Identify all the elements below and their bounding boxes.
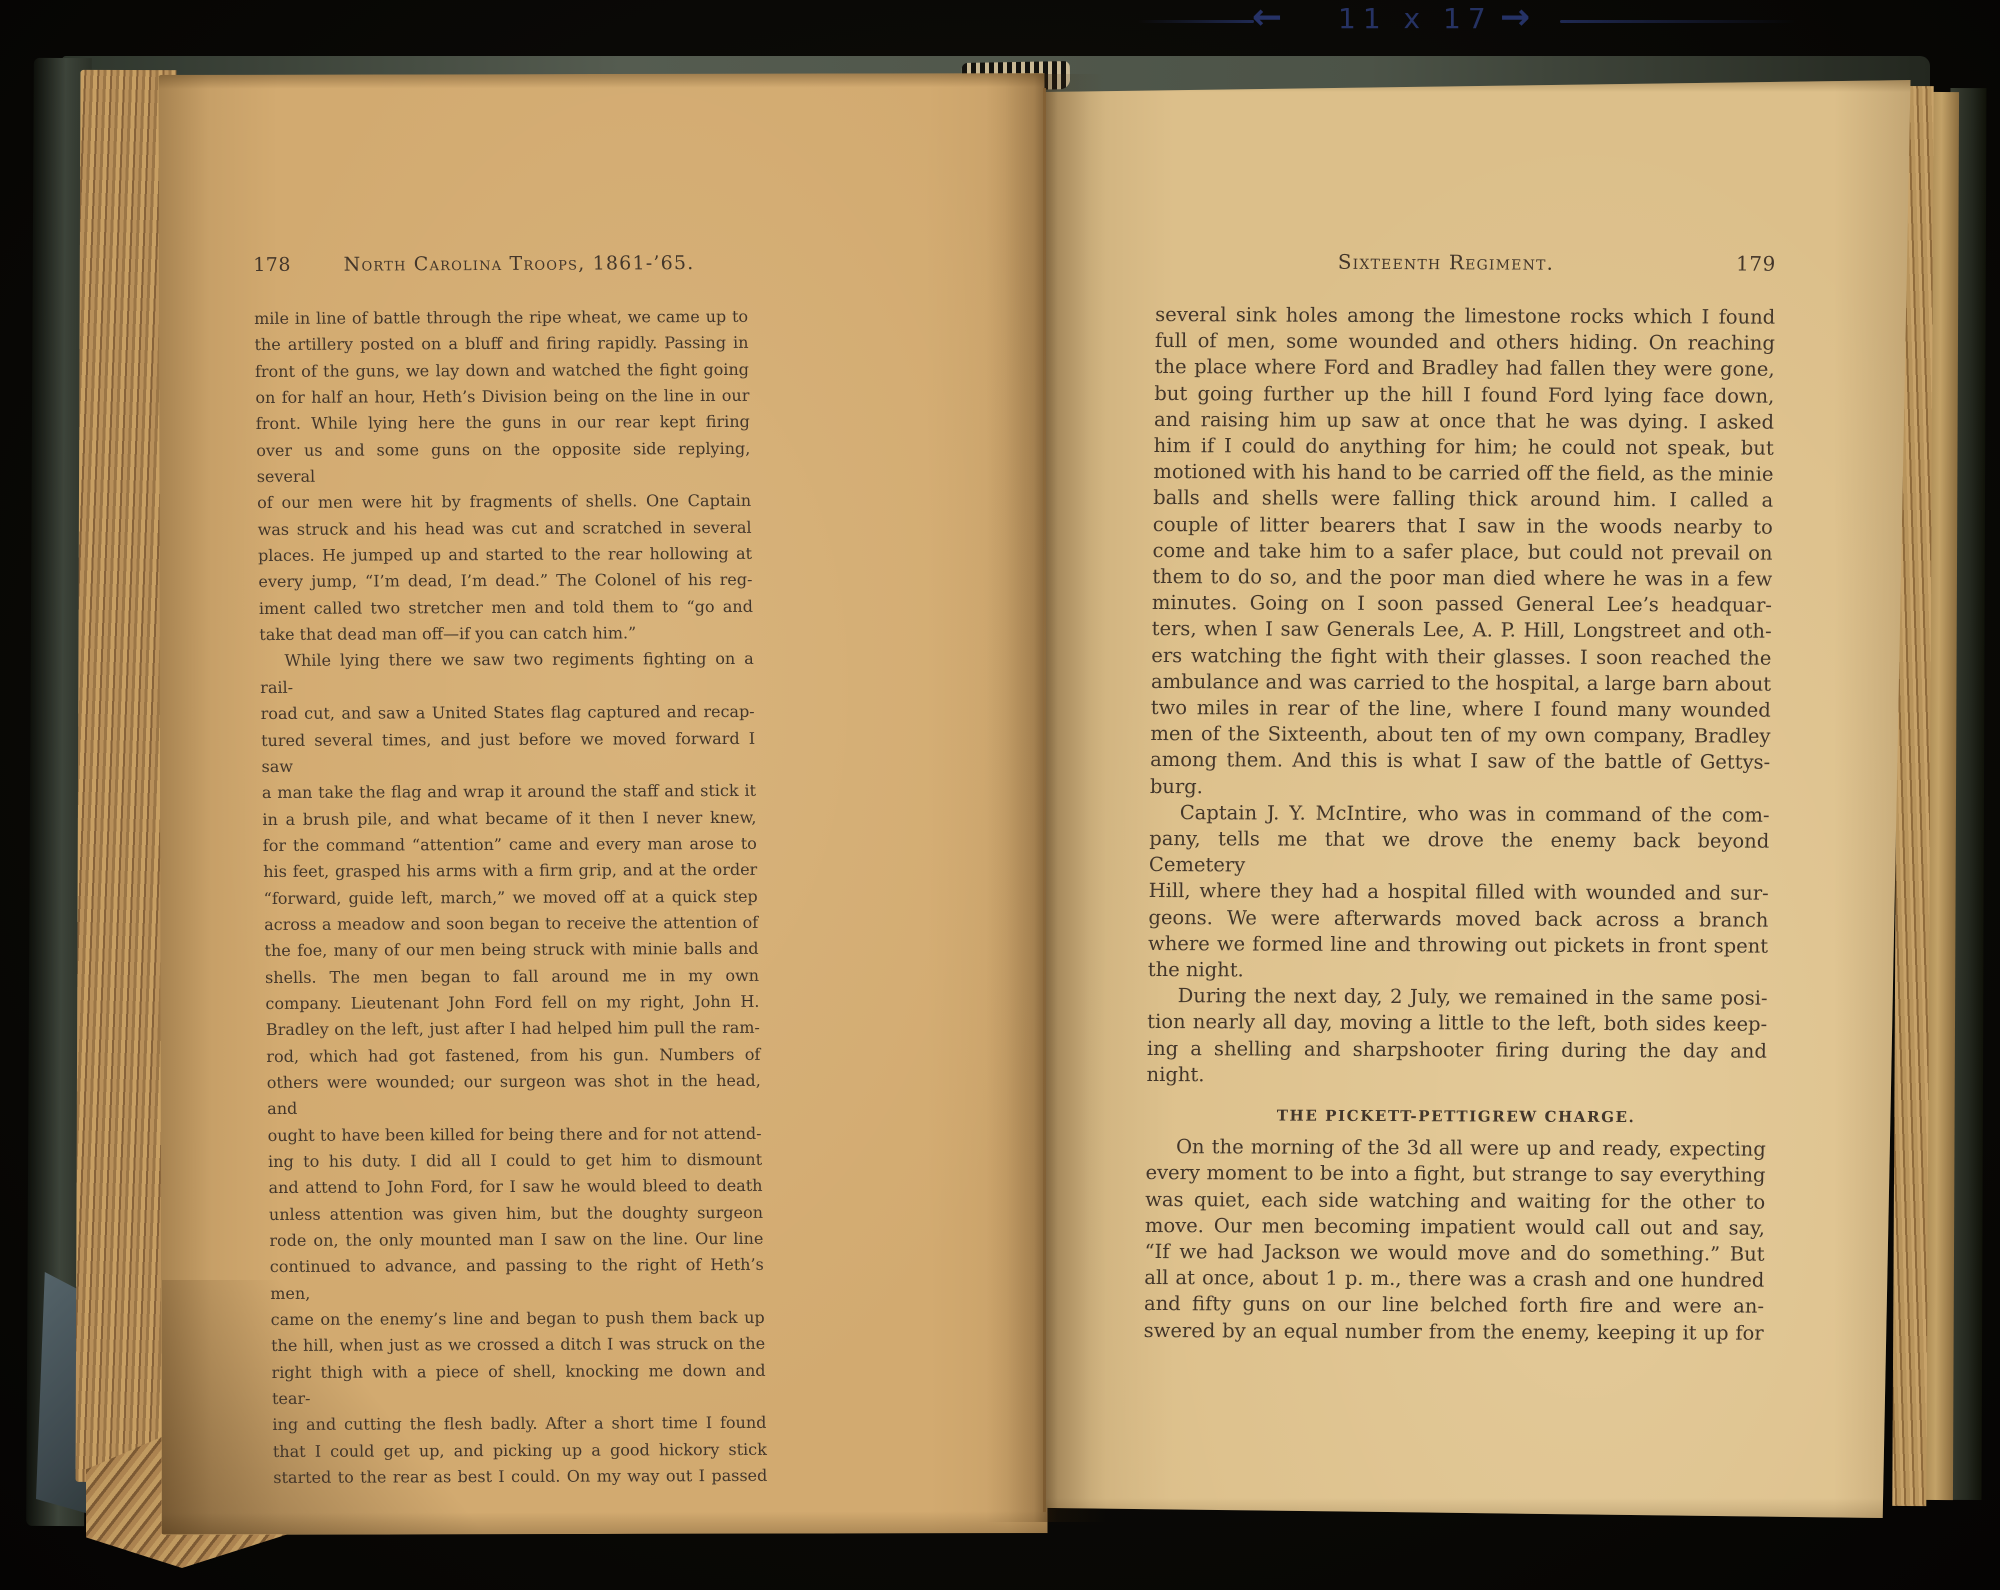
text-line: across a meadow and soon began to receiv… (264, 910, 758, 938)
text-line: ing and cutting the flesh badly. After a… (272, 1410, 766, 1438)
text-line: for the command “attention” came and eve… (263, 831, 757, 859)
text-line: came on the enemy’s line and began to pu… (270, 1305, 764, 1333)
text-line: front of the guns, we lay down and watch… (255, 357, 749, 385)
text-line: swered by an equal number from the enemy… (1144, 1318, 1764, 1347)
text-line: During the next day, 2 July, we remained… (1147, 983, 1767, 1012)
page-number: 178 (253, 252, 291, 278)
text-line: and fifty guns on our line belched forth… (1144, 1291, 1764, 1320)
text-line: the night. (1148, 957, 1768, 986)
text-line: over us and some guns on the opposite si… (256, 436, 751, 491)
text-line: two miles in rear of the line, where I f… (1151, 695, 1771, 724)
text-line: was quiet, each side watching and waitin… (1145, 1186, 1765, 1215)
text-line: them to do so, and the poor man died whe… (1152, 564, 1772, 593)
text-line: and attend to John Ford, for I saw he wo… (268, 1173, 762, 1201)
text-line: road cut, and saw a United States flag c… (260, 699, 754, 727)
text-line: continued to advance, and passing to the… (270, 1252, 765, 1307)
ruler-line (1138, 20, 1254, 23)
ruler-line (1560, 20, 1795, 23)
text-line: front. While lying here the guns in our … (256, 409, 750, 437)
text-line: all at once, about 1 p. m., there was a … (1144, 1265, 1764, 1294)
text-line: the place where Ford and Bradley had fal… (1154, 354, 1774, 383)
text-line: and raising him up saw at once that he w… (1154, 407, 1774, 436)
text-line: tion nearly all day, moving a little to … (1147, 1009, 1767, 1038)
running-header: Sixteenth Regiment. (1156, 248, 1737, 277)
text-line: started to the rear as best I could. On … (273, 1463, 767, 1491)
text-line: but going further up the hill I found Fo… (1154, 381, 1774, 410)
running-header: North Carolina Troops, 1861-’65. (291, 250, 748, 278)
page-number: 179 (1736, 251, 1776, 277)
running-header-row: 178 North Carolina Troops, 1861-’65. (253, 250, 747, 278)
text-line: ters, when I saw Generals Lee, A. P. Hil… (1152, 616, 1772, 645)
text-line: places. He jumped up and started to the … (258, 541, 752, 569)
gutter-crease (1043, 88, 1046, 1512)
text-line: On the morning of the 3d all were up and… (1146, 1134, 1766, 1163)
scanner-bed: ← 11 x 17 → 178 North Carolina Troops, 1… (0, 0, 2000, 1590)
text-line: full of men, some wounded and others hid… (1155, 328, 1775, 357)
text-line: geons. We were afterwards moved back acr… (1148, 905, 1768, 934)
text-line: company. Lieutenant John Ford fell on my… (265, 989, 759, 1017)
text-line: burg. (1150, 774, 1770, 803)
left-arrow-icon: ← (1252, 0, 1282, 38)
text-line: While lying there we saw two regiments f… (260, 646, 755, 701)
text-line: right thigh with a piece of shell, knock… (271, 1358, 766, 1413)
text-line: on for half an hour, Heth’s Division bei… (255, 383, 749, 411)
right-arrow-icon: → (1500, 0, 1530, 38)
page-body: mile in line of battle through the ripe … (254, 304, 768, 1492)
text-line: the hill, when just as we crossed a ditc… (271, 1331, 765, 1359)
text-line: every moment to be into a fight, but str… (1145, 1160, 1765, 1189)
text-line: among them. And this is what I saw of th… (1150, 747, 1770, 776)
text-line: him if I could do anything for him; he c… (1154, 433, 1774, 462)
text-line: unless attention was given him, but the … (269, 1200, 763, 1228)
text-line: Captain J. Y. McIntire, who was in comma… (1149, 800, 1769, 829)
text-line: every jump, “I’m dead, I’m dead.” The Co… (258, 567, 752, 595)
text-line: a man take the flag and wrap it around t… (262, 778, 756, 806)
text-line: men of the Sixteenth, about ten of my ow… (1150, 721, 1770, 750)
text-line: the artillery posted on a bluff and firi… (254, 330, 748, 358)
text-line: minutes. Going on I soon passed General … (1152, 590, 1772, 619)
text-line: balls and shells were falling thick arou… (1153, 485, 1773, 514)
text-line: in a brush pile, and what became of it t… (262, 804, 756, 832)
text-line: night. (1146, 1062, 1766, 1091)
text-line: move. Our men becoming impatient would c… (1145, 1213, 1765, 1242)
text-line: ing to his duty. I did all I could to ge… (268, 1147, 762, 1175)
text-line: was struck and his head was cut and scra… (257, 515, 751, 543)
text-line: “forward, guide left, march,” we moved o… (264, 883, 758, 911)
text-line: shells. The men began to fall around me … (265, 962, 759, 990)
text-line: iment called two stretcher men and told … (259, 594, 753, 622)
page-body: several sink holes among the limestone r… (1144, 302, 1776, 1346)
section-heading: THE PICKETT-PETTIGREW CHARGE. (1146, 1104, 1766, 1129)
text-line: where we formed line and throwing out pi… (1148, 931, 1768, 960)
bed-size-label: 11 x 17 (1338, 2, 1493, 35)
text-line: take that dead man off—if you can catch … (259, 620, 753, 648)
text-line: ought to have been killed for being ther… (267, 1120, 761, 1148)
running-header-row: Sixteenth Regiment. 179 (1156, 248, 1776, 277)
right-page-text: Sixteenth Regiment. 179 several sink hol… (1144, 248, 1776, 1346)
text-line: “If we had Jackson we would move and do … (1144, 1239, 1764, 1268)
text-line: ers watching the fight with their glasse… (1151, 643, 1771, 672)
text-line: couple of litter bearers that I saw in t… (1153, 512, 1773, 541)
text-line: his feet, grasped his arms with a firm g… (263, 857, 757, 885)
text-line: come and take him to a safer place, but … (1152, 538, 1772, 567)
text-line: motioned with his hand to be carried off… (1153, 459, 1773, 488)
text-line: others were wounded; our surgeon was sho… (267, 1068, 762, 1123)
text-line: that I could get up, and picking up a go… (273, 1437, 767, 1465)
text-line: Hill, where they had a hospital filled w… (1149, 878, 1769, 907)
text-line: ing a shelling and sharpshooter firing d… (1147, 1036, 1767, 1065)
text-line: ambulance and was carried to the hospita… (1151, 669, 1771, 698)
text-line: the foe, many of our men being struck wi… (264, 936, 758, 964)
left-page-text: 178 North Carolina Troops, 1861-’65. mil… (253, 250, 768, 1492)
text-line: pany, tells me that we drove the enemy b… (1149, 826, 1770, 881)
text-line: several sink holes among the limestone r… (1155, 302, 1775, 331)
text-line: mile in line of battle through the ripe … (254, 304, 748, 332)
text-line: rode on, the only mounted man I saw on t… (269, 1226, 763, 1254)
text-line: tured several times, and just before we … (261, 725, 756, 780)
text-line: rod, which had got fastened, from his gu… (266, 1041, 760, 1069)
text-line: of our men were hit by fragments of shel… (257, 488, 751, 516)
text-line: Bradley on the left, just after I had he… (266, 1015, 760, 1043)
